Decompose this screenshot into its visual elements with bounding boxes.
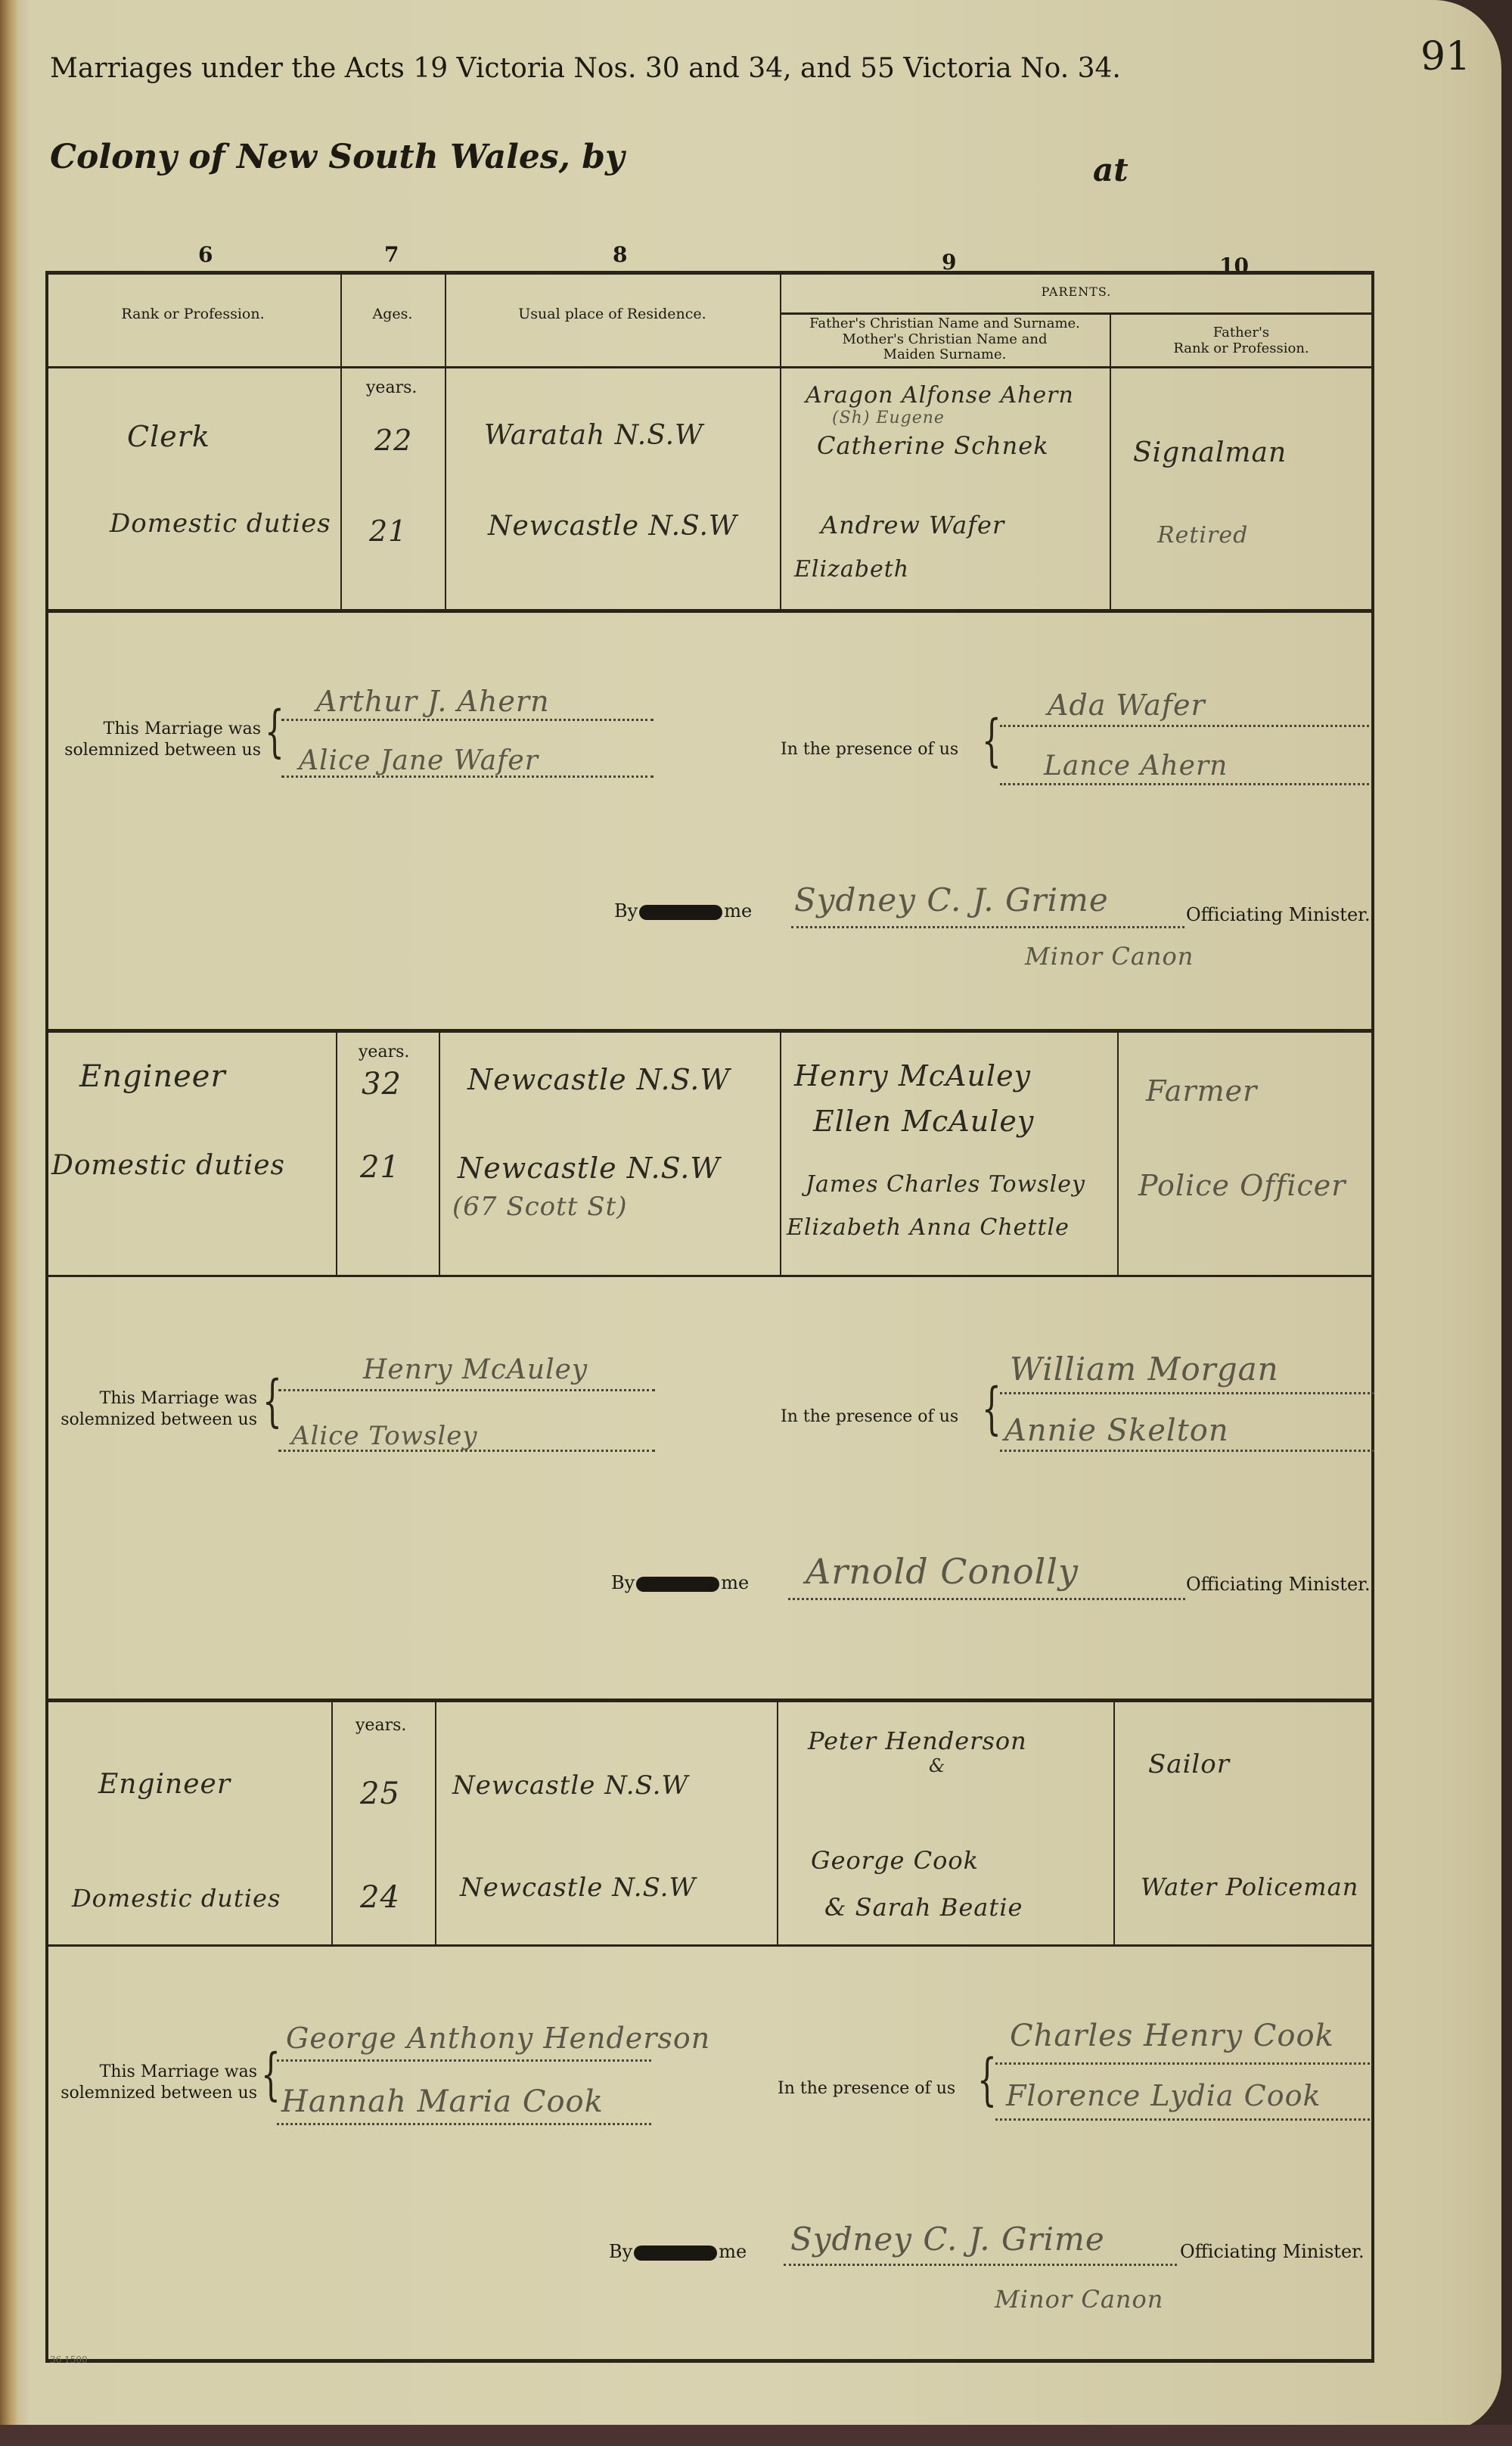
- solemnized-label: This Marriage was solemnized between us: [45, 719, 261, 760]
- entry-3-data-bottom-rule: [45, 1944, 1374, 1947]
- groom-father-name: Peter Henderson: [808, 1726, 1027, 1755]
- divider-rank-age: [331, 1701, 333, 1944]
- presence-label: In the presence of us: [778, 2079, 955, 2098]
- witness-2-signature: Florence Lydia Cook: [1006, 2079, 1321, 2112]
- solemnized-label: This Marriage was solemnized between us: [38, 2062, 257, 2103]
- brace-right: {: [977, 2052, 997, 2108]
- bride-father-rank: Retired: [1157, 522, 1248, 549]
- witness-1-signature: Charles Henry Cook: [1010, 2019, 1334, 2053]
- header-parents-group: PARENTS.: [780, 285, 1373, 299]
- bride-father-rank: Water Policeman: [1141, 1873, 1358, 1901]
- minister-signature: Sydney C. J. Grime: [794, 881, 1109, 918]
- divider-parents-rank: [1110, 314, 1111, 609]
- groom-signature-line: [281, 719, 654, 721]
- bride-residence: Newcastle N.S.W: [460, 1873, 696, 1903]
- redacted-or-before-mark: [639, 905, 722, 920]
- minister-signature: Arnold Conolly: [806, 1551, 1079, 1592]
- brace-right: {: [982, 1381, 1001, 1437]
- bride-signature: Hannah Maria Cook: [281, 2084, 604, 2119]
- witness-1-line: [995, 2062, 1370, 2065]
- divider-parents-rank: [1113, 1701, 1115, 1944]
- groom-signature: George Anthony Henderson: [286, 2022, 710, 2055]
- divider-residence-parents: [780, 1030, 781, 1275]
- groom-age: 32: [362, 1067, 402, 1102]
- bride-age: 21: [369, 514, 407, 548]
- groom-father-name: Aragon Alfonse Ahern: [806, 382, 1074, 409]
- bride-signature: Alice Jane Wafer: [299, 745, 539, 776]
- column-number-8: 8: [613, 242, 627, 267]
- groom-residence: Newcastle N.S.W: [467, 1063, 730, 1096]
- years-label: years.: [366, 378, 417, 397]
- page-number: 91: [1420, 34, 1470, 79]
- years-label: years.: [359, 1043, 409, 1061]
- column-number-7: 7: [384, 242, 399, 267]
- redacted-or-before-mark: [634, 2246, 717, 2261]
- entry-2-data-bottom-rule: [45, 1275, 1374, 1277]
- groom-signature-line: [277, 2059, 651, 2062]
- bride-father-name: James Charles Towsley: [806, 1171, 1085, 1198]
- colony-line: Colony of New South Wales, by: [50, 138, 625, 176]
- bride-mother-name: Elizabeth: [794, 556, 909, 583]
- divider-rank-age: [336, 1030, 337, 1275]
- groom-rank: Engineer: [98, 1769, 231, 1800]
- by-me-label: Byme: [609, 2241, 747, 2262]
- column-number-6: 6: [198, 242, 213, 267]
- solemnized-label: This Marriage was solemnized between us: [38, 1388, 257, 1430]
- brace-right: {: [982, 713, 1001, 769]
- divider-parents-rank: [1117, 1030, 1119, 1275]
- column-number-10: 10: [1219, 253, 1249, 278]
- header-father-rank: Father's Rank or Profession.: [1110, 325, 1373, 356]
- groom-age: 22: [374, 424, 412, 457]
- groom-age: 25: [360, 1776, 400, 1811]
- table-top-rule: [45, 271, 1374, 275]
- officiating-minister-label: Officiating Minister.: [1180, 2241, 1365, 2262]
- bride-residence: Newcastle N.S.W: [488, 511, 737, 542]
- witness-1-line: [1000, 725, 1369, 727]
- book-spine-edge: [0, 0, 17, 2432]
- witness-2-line: [995, 2118, 1370, 2121]
- years-label: years.: [355, 1716, 406, 1735]
- brace-left: {: [261, 2047, 281, 2103]
- minister-signature-line: [788, 1598, 1185, 1600]
- presence-label: In the presence of us: [781, 740, 958, 759]
- bride-rank: Domestic duties: [72, 1884, 281, 1913]
- header-ages: Ages.: [340, 306, 445, 323]
- divider-residence-parents: [777, 1701, 778, 1944]
- bride-father-name: George Cook: [811, 1846, 979, 1875]
- bride-mother-name: Elizabeth Anna Chettle: [787, 1214, 1070, 1241]
- groom-signature-line: [278, 1389, 655, 1391]
- brace-left: {: [265, 704, 284, 760]
- witness-2-signature: Annie Skelton: [1004, 1413, 1229, 1448]
- witness-1-signature: Ada Wafer: [1048, 688, 1206, 722]
- redacted-or-before-mark: [636, 1577, 719, 1592]
- divider-age-residence: [435, 1701, 436, 1944]
- entry-3-top-rule: [45, 1699, 1374, 1702]
- parents-subheader-rule: [781, 312, 1373, 315]
- brace-left: {: [262, 1373, 282, 1429]
- entry-1-data-bottom-rule: [45, 609, 1374, 613]
- by-me-label: Byme: [611, 1572, 749, 1593]
- bride-signature-line: [277, 2123, 651, 2125]
- header-bottom-rule: [45, 366, 1374, 368]
- witness-1-line: [1000, 1392, 1374, 1394]
- presence-label: In the presence of us: [781, 1407, 958, 1426]
- groom-father-name: Henry McAuley: [794, 1059, 1031, 1092]
- minister-signature-line: [784, 2264, 1177, 2266]
- groom-rank: Clerk: [127, 420, 210, 453]
- book-cover-edge: [0, 2425, 1512, 2446]
- entry-2-top-rule: [45, 1029, 1374, 1033]
- groom-mother-name: Ellen McAuley: [813, 1105, 1034, 1138]
- minister-title: Minor Canon: [1025, 942, 1194, 971]
- groom-mother-name: &: [929, 1755, 945, 1776]
- bride-signature: Alice Towsley: [291, 1421, 478, 1451]
- groom-signature: Arthur J. Ahern: [316, 685, 550, 718]
- bride-residence: Newcastle N.S.W: [458, 1152, 720, 1185]
- by-me-label: Byme: [614, 900, 752, 922]
- groom-father-name-correction: (Sh) Eugene: [832, 409, 945, 427]
- witness-1-signature: William Morgan: [1010, 1350, 1279, 1388]
- groom-rank: Engineer: [79, 1059, 226, 1094]
- printer-mark: 36 1500: [50, 2354, 88, 2365]
- minister-signature: Sydney C. J. Grime: [790, 2221, 1105, 2258]
- witness-2-line: [1000, 783, 1369, 785]
- groom-father-rank: Signalman: [1133, 437, 1287, 468]
- groom-residence: Newcastle N.S.W: [452, 1770, 688, 1801]
- bride-father-rank: Police Officer: [1138, 1169, 1346, 1202]
- bride-mother-name: & Sarah Beatie: [824, 1893, 1023, 1922]
- table-right-border: [1371, 274, 1374, 2362]
- groom-father-rank: Sailor: [1148, 1749, 1230, 1779]
- table-bottom-rule: [45, 2359, 1374, 2363]
- groom-mother-name: Catherine Schnek: [817, 431, 1049, 460]
- divider-age-residence: [439, 1030, 440, 1275]
- minister-signature-line: [791, 926, 1184, 928]
- minister-title: Minor Canon: [995, 2285, 1163, 2314]
- bride-rank: Domestic duties: [51, 1150, 285, 1181]
- bride-age: 21: [360, 1150, 400, 1185]
- bride-residence-note: (67 Scott St): [452, 1192, 628, 1222]
- register-title: Marriages under the Acts 19 Victoria Nos…: [50, 53, 1121, 84]
- groom-residence: Waratah N.S.W: [484, 420, 703, 451]
- bride-father-name: Andrew Wafer: [821, 511, 1004, 539]
- witness-2-line: [1000, 1450, 1374, 1452]
- groom-signature: Henry McAuley: [363, 1354, 588, 1385]
- at-label: at: [1093, 151, 1129, 188]
- groom-father-rank: Farmer: [1146, 1074, 1257, 1108]
- header-parents-names: Father's Christian Name and Surname. Mot…: [780, 316, 1110, 363]
- table-left-border: [45, 271, 48, 2363]
- header-rank: Rank or Profession.: [45, 306, 340, 323]
- bride-rank: Domestic duties: [110, 508, 331, 539]
- bride-age: 24: [360, 1880, 400, 1915]
- header-residence: Usual place of Residence.: [445, 306, 780, 323]
- officiating-minister-label: Officiating Minister.: [1186, 1574, 1371, 1595]
- officiating-minister-label: Officiating Minister.: [1186, 904, 1371, 925]
- witness-2-signature: Lance Ahern: [1044, 751, 1228, 782]
